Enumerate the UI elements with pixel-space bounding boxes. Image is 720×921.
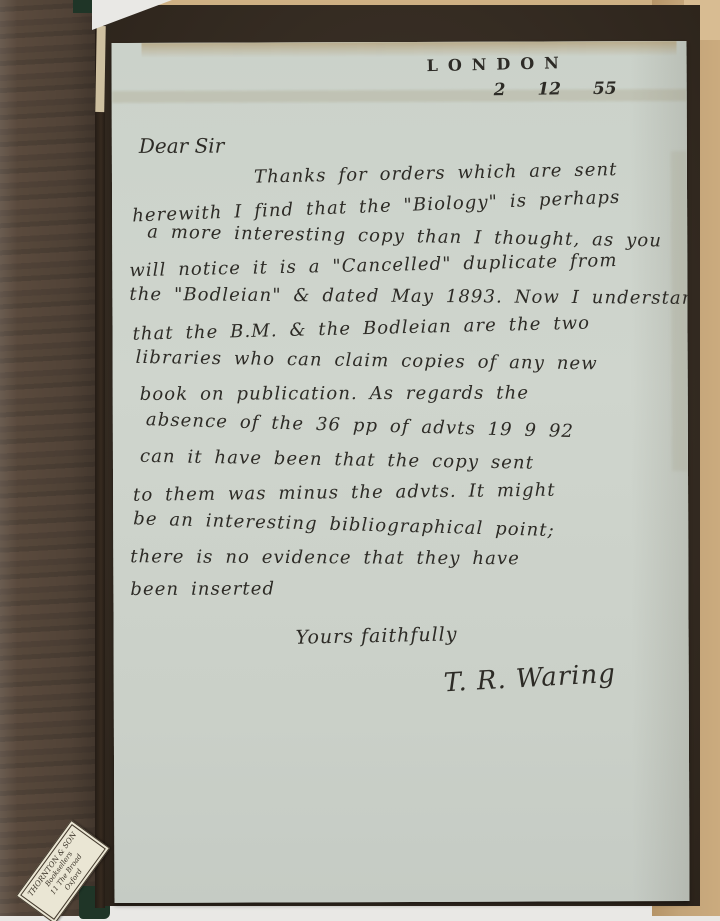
letter-body-line: that the B.M. & the Bodleian are the two bbox=[132, 313, 590, 345]
letter-body-line: to them was minus the advts. It might bbox=[133, 480, 556, 506]
letter-salutation: Dear Sir bbox=[139, 134, 224, 158]
letter-body-line: can it have been that the copy sent bbox=[140, 446, 534, 474]
letter-body-line: a more interesting copy than I thought, … bbox=[147, 221, 662, 251]
paper-stain bbox=[142, 41, 677, 58]
front-cover-board bbox=[0, 0, 100, 916]
letter-body-line: Thanks for orders which are sent bbox=[254, 159, 618, 188]
letter-date: 2 12 55 bbox=[494, 79, 617, 101]
letter-body-line: herewith I find that the "Biology" is pe… bbox=[132, 187, 621, 227]
hinge-crack bbox=[95, 0, 105, 908]
letter-body-line: libraries who can claim copies of any ne… bbox=[135, 347, 597, 374]
letter-body-line: absence of the 36 pp of advts 19 9 92 bbox=[146, 409, 575, 442]
letter-signature: T. R. Waring bbox=[443, 659, 617, 699]
letter-body-line: been inserted bbox=[130, 578, 275, 600]
book-inside-cover-photo: LONDON 2 12 55 Dear Sir Thanks for order… bbox=[0, 0, 720, 921]
letter-body-line: book on publication. As regards the bbox=[140, 383, 529, 405]
letter-body-line: will notice it is a "Cancelled" duplicat… bbox=[129, 250, 618, 281]
letter-body-line: be an interesting bibliographical point; bbox=[133, 508, 555, 541]
hinge-exposed-paper bbox=[95, 26, 105, 112]
paper-stain bbox=[671, 151, 688, 471]
letter-body-line: the "Bodleian" & dated May 1893. Now I u… bbox=[129, 284, 689, 309]
letter-sheet: LONDON 2 12 55 Dear Sir Thanks for order… bbox=[112, 41, 690, 903]
letter-body-line: there is no evidence that they have bbox=[130, 546, 520, 569]
letter-place: LONDON bbox=[426, 53, 569, 75]
letter-closing: Yours faithfully bbox=[295, 623, 457, 648]
